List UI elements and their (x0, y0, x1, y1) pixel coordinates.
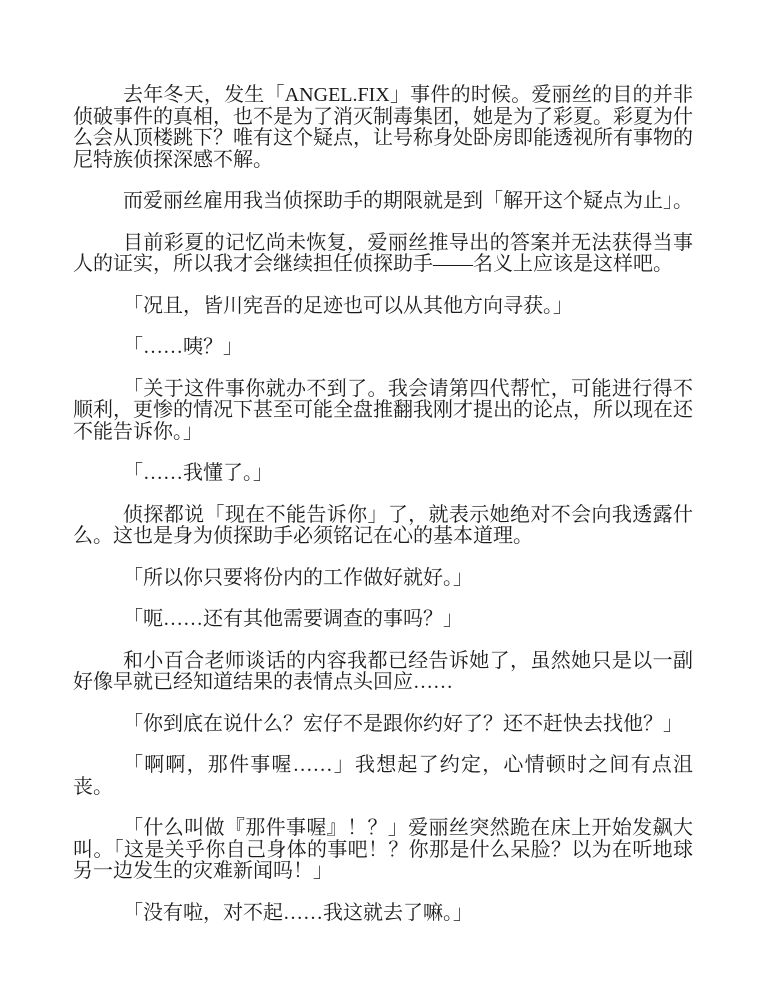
document-page: 去年冬天，发生「ANGEL.FIX」事件的时候。爱丽丝的目的并非侦破事件的真相，… (0, 0, 765, 990)
paragraph-narration: 去年冬天，发生「ANGEL.FIX」事件的时候。爱丽丝的目的并非侦破事件的真相，… (73, 85, 693, 171)
paragraph-dialogue: 「啊啊，那件事喔……」我想起了约定，心情顿时之间有点沮丧。 (73, 755, 693, 798)
paragraph-narration: 和小百合老师谈话的内容我都已经告诉她了，虽然她只是以一副好像早就已经知道结果的表… (73, 651, 693, 694)
paragraph-dialogue: 「你到底在说什么？宏仔不是跟你约好了？还不赶快去找他？」 (73, 714, 693, 736)
paragraph-dialogue: 「所以你只要将份内的工作做好就好。」 (73, 568, 693, 590)
paragraph-dialogue: 「没有啦，对不起……我这就去了嘛。」 (73, 903, 693, 925)
paragraph-dialogue: 「……我懂了。」 (73, 463, 693, 485)
paragraph-dialogue: 「……咦？」 (73, 337, 693, 359)
paragraph-narration: 目前彩夏的记忆尚未恢复，爱丽丝推导出的答案并无法获得当事人的证实，所以我才会继续… (73, 233, 693, 276)
paragraph-narration: 侦探都说「现在不能告诉你」了，就表示她绝对不会向我透露什么。这也是身为侦探助手必… (73, 505, 693, 548)
paragraph-dialogue: 「什么叫做『那件事喔』！？」爱丽丝突然跪在床上开始发飙大叫。「这是关乎你自己身体… (73, 818, 693, 883)
paragraph-dialogue: 「况且，皆川宪吾的足迹也可以从其他方向寻获。」 (73, 296, 693, 318)
paragraph-dialogue: 「关于这件事你就办不到了。我会请第四代帮忙，可能进行得不顺利，更惨的情况下甚至可… (73, 379, 693, 444)
paragraph-dialogue: 「呃……还有其他需要调查的事吗？」 (73, 609, 693, 631)
paragraph-narration: 而爱丽丝雇用我当侦探助手的期限就是到「解开这个疑点为止」。 (73, 191, 693, 213)
